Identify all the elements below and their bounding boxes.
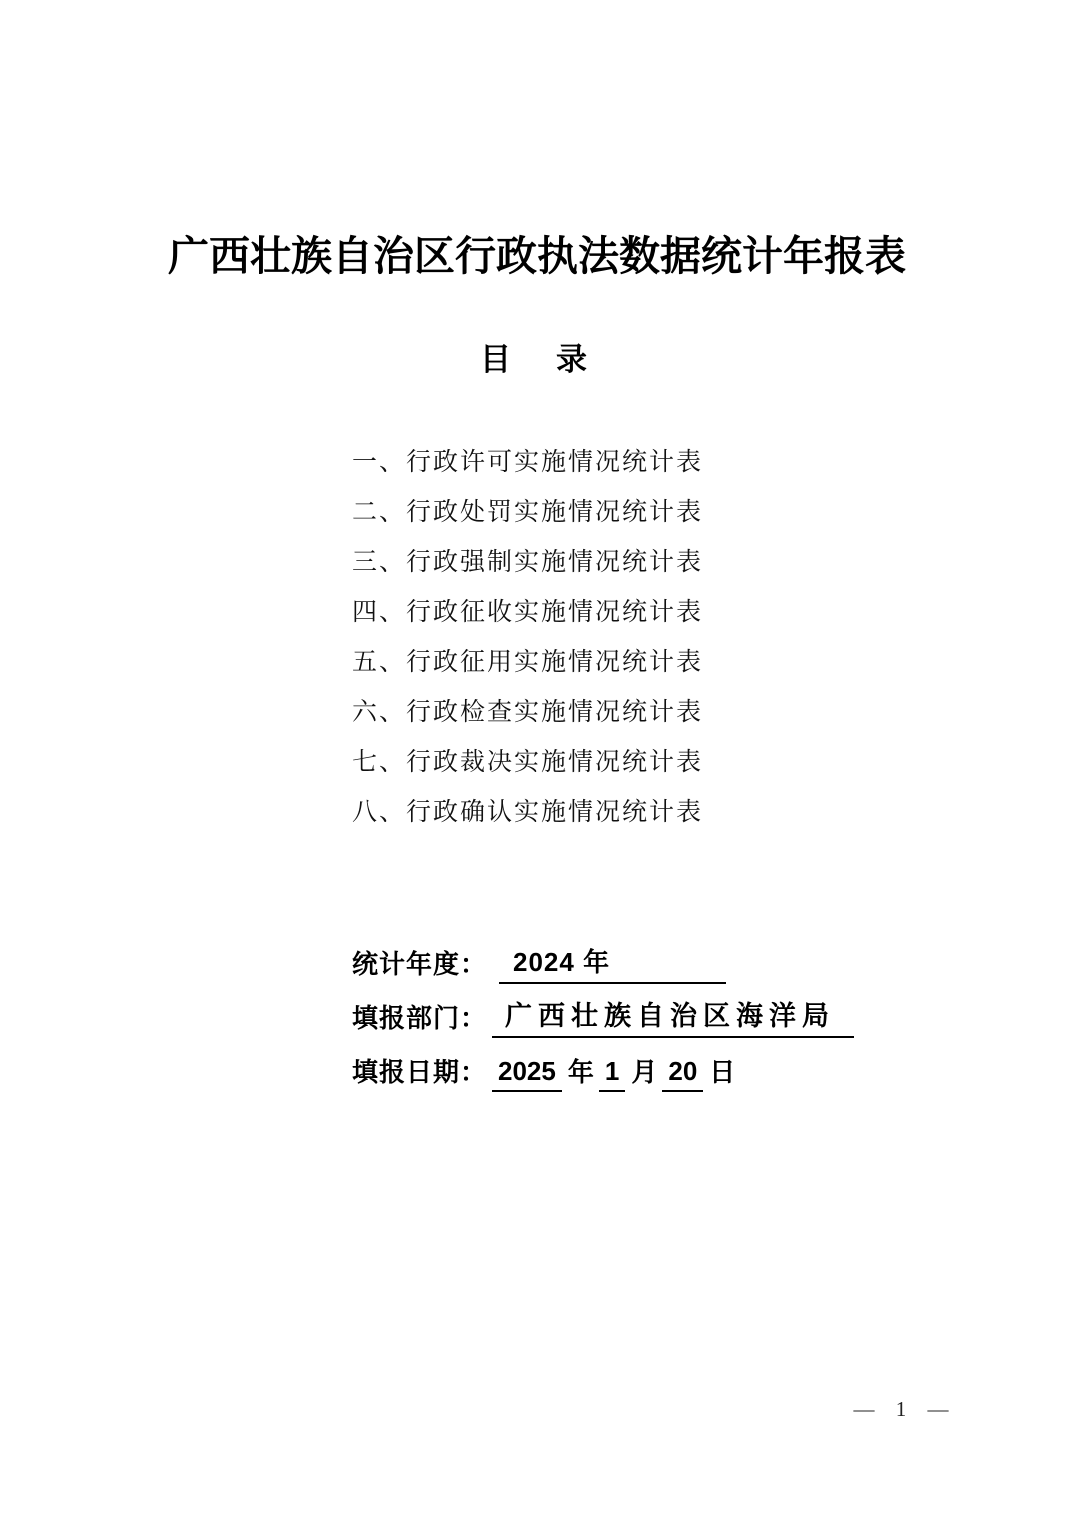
reporting-dept-row: 填报部门： 广西壮族自治区海洋局 xyxy=(352,984,854,1038)
toc-item-1: 一、行政许可实施情况统计表 xyxy=(352,438,703,488)
page-number: — 1 — xyxy=(828,1394,978,1424)
reporting-date-day-unit: 日 xyxy=(709,1052,735,1092)
stat-year-value: 2024 年 xyxy=(499,942,726,984)
document-page: 广西壮族自治区行政执法数据统计年报表 目 录 一、行政许可实施情况统计表 二、行… xyxy=(0,0,1074,1520)
reporting-dept-value: 广西壮族自治区海洋局 xyxy=(492,994,854,1038)
toc-item-4: 四、行政征收实施情况统计表 xyxy=(352,588,703,638)
toc-item-2: 二、行政处罚实施情况统计表 xyxy=(352,488,703,538)
stat-year-label: 统计年度： xyxy=(352,944,487,984)
toc-heading: 目 录 xyxy=(0,338,1074,382)
toc-item-7: 七、行政裁决实施情况统计表 xyxy=(352,738,703,788)
toc-item-6: 六、行政检查实施情况统计表 xyxy=(352,688,703,738)
toc-list: 一、行政许可实施情况统计表 二、行政处罚实施情况统计表 三、行政强制实施情况统计… xyxy=(352,438,703,838)
reporting-date-day-value: 20 xyxy=(662,1056,703,1092)
reporting-date-year-unit: 年 xyxy=(568,1052,594,1092)
stat-year-row: 统计年度： 2024 年 xyxy=(352,930,854,984)
reporting-date-month-unit: 月 xyxy=(631,1052,657,1092)
reporting-date-year-value: 2025 xyxy=(492,1056,562,1092)
reporting-date-label: 填报日期： xyxy=(352,1052,487,1092)
toc-item-8: 八、行政确认实施情况统计表 xyxy=(352,788,703,838)
document-title: 广西壮族自治区行政执法数据统计年报表 xyxy=(0,228,1074,284)
reporting-date-month-value: 1 xyxy=(599,1056,625,1092)
report-info-block: 统计年度： 2024 年 填报部门： 广西壮族自治区海洋局 填报日期： 2025… xyxy=(352,930,854,1092)
toc-item-3: 三、行政强制实施情况统计表 xyxy=(352,538,703,588)
toc-item-5: 五、行政征用实施情况统计表 xyxy=(352,638,703,688)
reporting-dept-label: 填报部门： xyxy=(352,998,487,1038)
reporting-date-row: 填报日期： 2025 年 1 月 20 日 xyxy=(352,1038,854,1092)
